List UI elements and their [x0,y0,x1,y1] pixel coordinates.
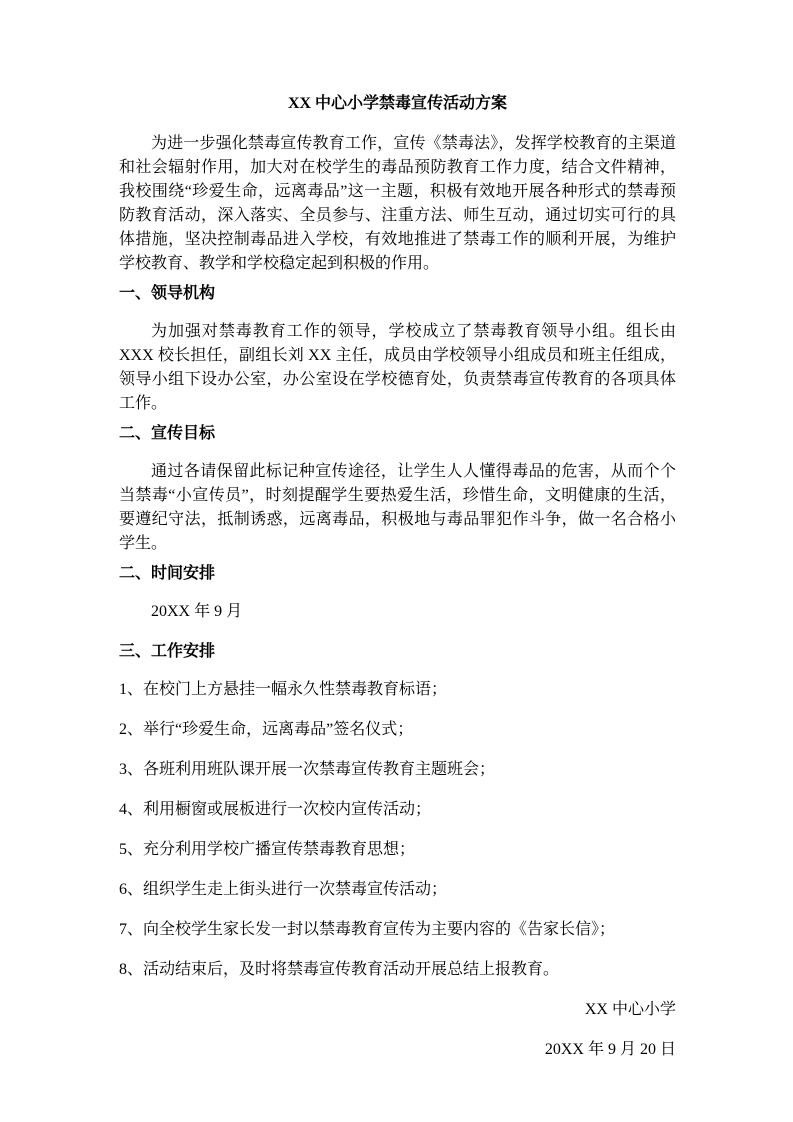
signature-date: 20XX 年 9 月 20 日 [119,1038,676,1062]
heading-leadership: 一、领导机构 [119,282,676,306]
work-item: 8、活动结束后，及时将禁毒宣传教育活动开展总结上报教育。 [119,958,676,982]
work-item: 7、向全校学生家长发一封以禁毒教育宣传为主要内容的《告家长信》； [119,918,676,942]
heading-time-schedule: 二、时间安排 [119,562,676,586]
work-item: 5、充分利用学校广播宣传禁毒教育思想； [119,838,676,862]
work-item: 4、利用橱窗或展板进行一次校内宣传活动； [119,798,676,822]
signature-org: XX 中心小学 [119,998,676,1022]
heading-publicity-goals: 二、宣传目标 [119,422,676,446]
work-item: 3、各班利用班队课开展一次禁毒宣传教育主题班会； [119,758,676,782]
work-item: 2、举行“珍爱生命，远离毒品”签名仪式； [119,718,676,742]
document-title: XX 中心小学禁毒宣传活动方案 [119,92,676,116]
schedule-date: 20XX 年 9 月 [119,600,676,624]
signature-block: XX 中心小学 20XX 年 9 月 20 日 [119,998,676,1062]
heading-work-plan: 三、工作安排 [119,640,676,664]
document-page: XX 中心小学禁毒宣传活动方案 为进一步强化禁毒宣传教育工作，宣传《禁毒法》，发… [0,0,793,1122]
work-item: 1、在校门上方悬挂一幅永久性禁毒教育标语； [119,678,676,702]
work-item: 6、组织学生走上街头进行一次禁毒宣传活动； [119,878,676,902]
leadership-paragraph: 为加强对禁毒教育工作的领导，学校成立了禁毒教育领导小组。组长由 XXX 校长担任… [119,320,676,416]
work-item-list: 1、在校门上方悬挂一幅永久性禁毒教育标语； 2、举行“珍爱生命，远离毒品”签名仪… [119,678,676,982]
intro-paragraph: 为进一步强化禁毒宣传教育工作，宣传《禁毒法》，发挥学校教育的主渠道和社会辐射作用… [119,132,676,276]
publicity-goals-paragraph: 通过各请保留此标记种宣传途径，让学生人人懂得毒品的危害，从而个个当禁毒“小宣传员… [119,460,676,556]
